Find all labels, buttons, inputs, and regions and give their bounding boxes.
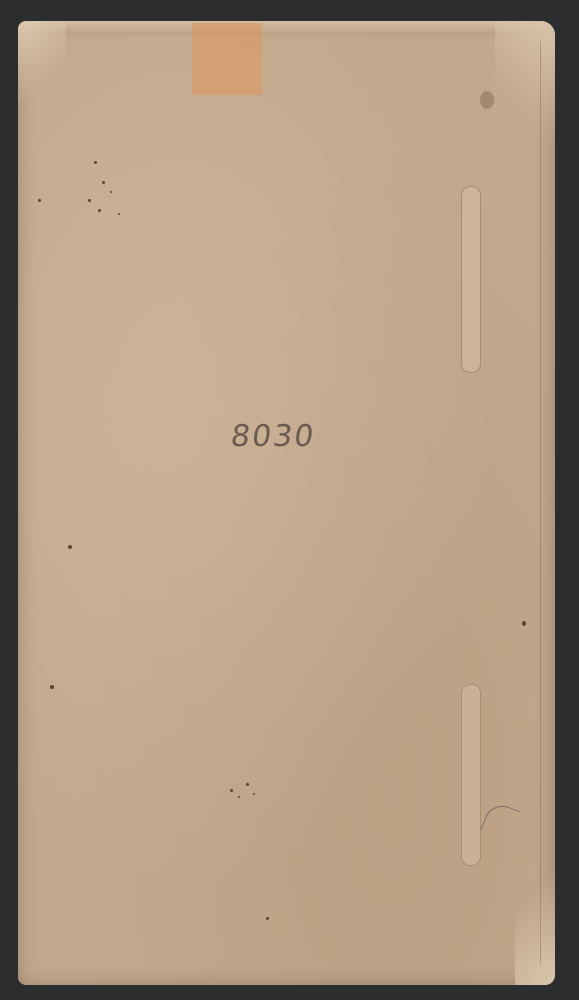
orange-tape-mark — [192, 23, 262, 95]
speck — [94, 161, 97, 164]
speck — [230, 789, 233, 792]
book-cover: 8030 — [18, 21, 555, 985]
speck — [110, 191, 112, 193]
speck — [238, 796, 240, 798]
speck — [68, 545, 72, 549]
pencil-mark — [481, 801, 521, 841]
top-page-edge — [24, 21, 549, 34]
speck — [102, 181, 105, 184]
speck — [266, 917, 269, 920]
speck — [98, 209, 101, 212]
worn-corner-top-left — [18, 21, 66, 101]
speck — [253, 793, 255, 795]
spine-edge-line — [540, 41, 541, 965]
speck — [88, 199, 91, 202]
speck — [246, 783, 249, 786]
speck — [50, 685, 54, 689]
speck — [522, 621, 526, 626]
speck — [38, 199, 41, 202]
binding-stitch-upper — [461, 186, 481, 373]
handwritten-number: 8030 — [229, 419, 318, 454]
binding-stitch-lower — [461, 684, 481, 866]
speck — [118, 213, 120, 215]
worn-corner-top-right — [495, 21, 555, 141]
stain — [480, 91, 494, 109]
worn-corner-bottom-right — [515, 855, 555, 985]
